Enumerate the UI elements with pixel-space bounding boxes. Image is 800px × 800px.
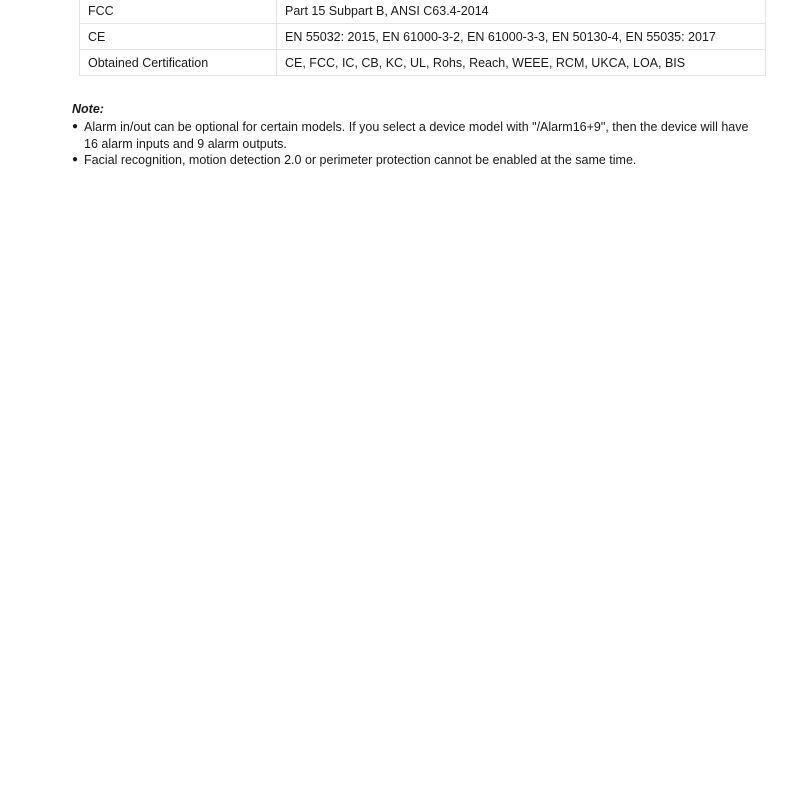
certification-spec-table: FCC Part 15 Subpart B, ANSI C63.4-2014 C… [79,0,766,76]
note-text: Alarm in/out can be optional for certain… [84,120,748,151]
note-section: Note: ● Alarm in/out can be optional for… [72,101,752,169]
note-list: ● Alarm in/out can be optional for certa… [72,119,752,169]
bullet-icon: ● [72,119,78,136]
table-row: CE EN 55032: 2015, EN 61000-3-2, EN 6100… [80,24,766,50]
row-label: FCC [80,0,277,24]
list-item: ● Facial recognition, motion detection 2… [72,152,752,169]
row-value: EN 55032: 2015, EN 61000-3-2, EN 61000-3… [277,24,766,50]
note-title: Note: [72,101,752,117]
row-label: CE [80,24,277,50]
bullet-icon: ● [72,152,78,169]
note-text: Facial recognition, motion detection 2.0… [84,153,636,167]
table-row: Obtained Certification CE, FCC, IC, CB, … [80,50,766,76]
row-label: Obtained Certification [80,50,277,76]
list-item: ● Alarm in/out can be optional for certa… [72,119,752,152]
row-value: CE, FCC, IC, CB, KC, UL, Rohs, Reach, WE… [277,50,766,76]
row-value: Part 15 Subpart B, ANSI C63.4-2014 [277,0,766,24]
table-row: FCC Part 15 Subpart B, ANSI C63.4-2014 [80,0,766,24]
